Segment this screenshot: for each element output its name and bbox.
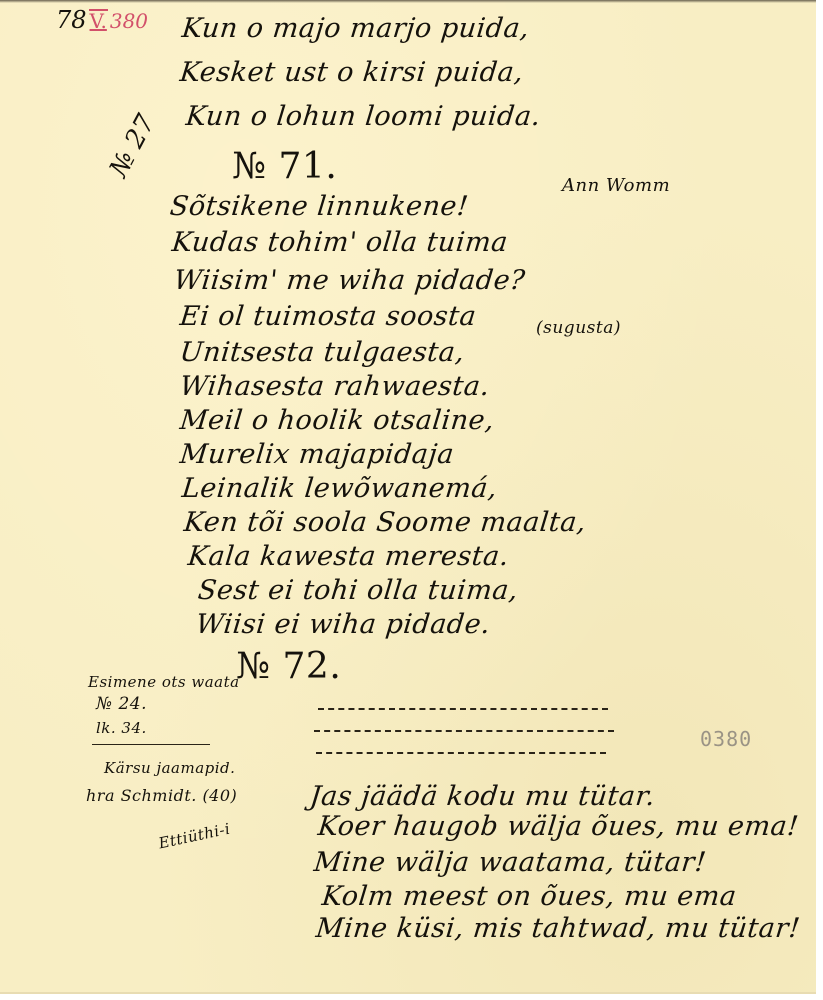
collector-note: Kärsu jaamapid. xyxy=(104,758,235,778)
margin-note-reference: № 24. xyxy=(96,694,147,714)
margin-note-reference: Esimene ots waata xyxy=(88,672,240,692)
song-71-line: Unitsesta tulgaesta, xyxy=(178,336,466,369)
collector-note: hra Schmidt. (40) xyxy=(86,786,237,806)
song-72-line: Mine küsi, mis tahtwad, mu tütar! xyxy=(314,912,802,945)
song-71-line: Sõtsikene linnukene! xyxy=(168,190,470,223)
intro-line: Kun o majo marjo puida, xyxy=(180,12,531,45)
informant-name: Ann Womm xyxy=(562,176,670,196)
song-71-line: Murelix majapidaja xyxy=(178,438,455,471)
placeholder-dashed-line xyxy=(318,708,608,710)
song-72-line: Jas jäädä kodu mu tütar. xyxy=(308,780,657,813)
song-72-line-text: Koer haugob wälja õues, mu ema! xyxy=(316,811,800,842)
song-71-line: Wihasesta rahwaesta. xyxy=(178,370,491,403)
archive-stamp: 0380 xyxy=(700,727,752,751)
song-72-line: Kolm meest on õues, mu ema xyxy=(320,880,738,913)
song-72-line: Mine wälja waatama, tütar! xyxy=(312,846,708,879)
song-71-line: Kala kawesta meresta. xyxy=(186,540,510,573)
song-71-line: Ken tõi soola Soome maalta, xyxy=(182,506,588,539)
margin-note-reference: lk. 34. xyxy=(96,718,147,738)
song-71-line: Wiisi ei wiha pidade. xyxy=(194,608,492,641)
song-71-line: Wiisim' me wiha pidade? xyxy=(172,264,527,297)
placeholder-dashed-line xyxy=(314,730,614,732)
collector-signature: Ettiüthi-i xyxy=(157,819,232,854)
intro-line: Kesket ust o kirsi puida, xyxy=(178,56,525,89)
manuscript-page: 78 V. 380 Kun o majo marjo puida, Kesket… xyxy=(0,0,818,994)
song-71-line: Leinalik lewõwanemá, xyxy=(180,472,499,505)
placeholder-dashed-line xyxy=(316,752,606,754)
variant-note: (sugusta) xyxy=(536,318,621,338)
song-71-line: Sest ei tohi olla tuima, xyxy=(196,574,520,607)
archive-number: 78 xyxy=(56,6,87,34)
archive-page-number: 380 xyxy=(110,9,148,33)
song-71-line: Kudas tohim' olla tuima xyxy=(170,226,509,259)
song-71-heading: № 71. xyxy=(232,146,337,187)
song-72-heading: № 72. xyxy=(236,646,341,687)
song-72-line: Koer haugob wälja õues, mu ema! xyxy=(316,810,800,843)
scan-top-edge xyxy=(0,0,823,3)
archive-reference: 78 V. 380 xyxy=(56,6,148,34)
intro-line: Kun o lohun loomi puida. xyxy=(184,100,542,133)
archive-volume: V. xyxy=(89,9,108,31)
margin-rotated-number: № 27 xyxy=(104,110,161,182)
scan-right-margin xyxy=(816,0,823,1000)
song-71-line: Meil o hoolik otsaline, xyxy=(178,404,496,437)
margin-divider xyxy=(92,744,210,745)
song-71-line: Ei ol tuimosta soosta xyxy=(178,300,478,333)
